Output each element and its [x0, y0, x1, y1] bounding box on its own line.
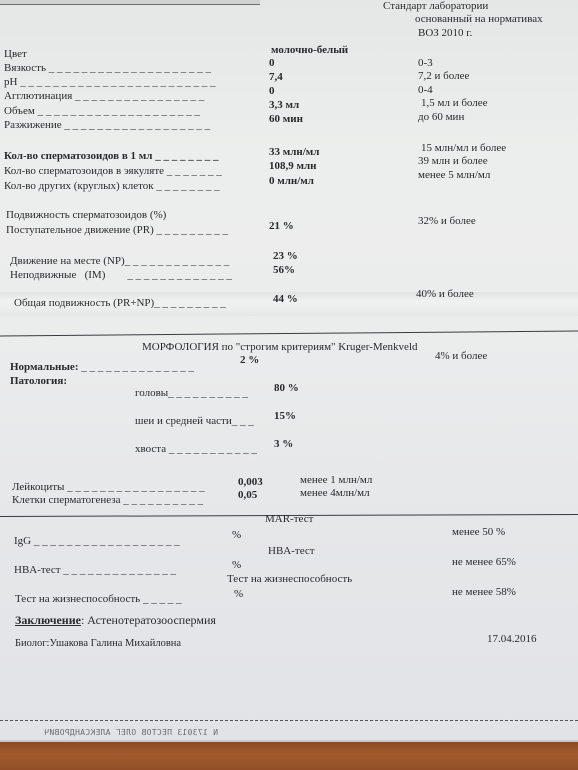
param-label: Разжижение _ _ _ _ _ _ _ _ _ _ _ _ _ _ _…	[4, 119, 210, 132]
param-norm: 1,5 мл и более	[421, 97, 488, 110]
test-label: HBA-тест _ _ _ _ _ _ _ _ _ _ _ _ _ _	[14, 564, 176, 577]
motility-label: Поступательное движение (PR) _ _ _ _ _ _…	[6, 224, 228, 237]
cells-label: Клетки сперматогенеза _ _ _ _ _ _ _ _ _ …	[12, 494, 203, 507]
conclusion-value: Астенотератозооспермия	[87, 613, 216, 627]
lab-report-sheet: Стандарт лаборатории основанный на норма…	[0, 0, 578, 740]
total-motility-value: 44 %	[273, 293, 298, 306]
wooden-table	[0, 740, 578, 770]
normal-forms-value: 2 %	[240, 354, 259, 367]
motility-label: Движение на месте (NP)_ _ _ _ _ _ _ _ _ …	[10, 255, 229, 268]
test-value: %	[232, 529, 241, 542]
count-norm: менее 5 млн/мл	[418, 169, 490, 182]
test-norm: не менее 65%	[452, 556, 516, 569]
param-norm: 0-3	[418, 57, 433, 70]
pathology-item-value: 80 %	[274, 382, 299, 395]
pathology-item-label: хвоста _ _ _ _ _ _ _ _ _ _ _	[135, 443, 257, 456]
standard-header-line2: основанный на нормативах	[415, 13, 543, 26]
test-norm: не менее 58%	[452, 586, 516, 599]
previous-sheet-edge	[0, 0, 260, 5]
conclusion-label: Заключение	[15, 613, 81, 627]
count-value: 0 млн/мл	[269, 175, 314, 188]
param-label: pH _ _ _ _ _ _ _ _ _ _ _ _ _ _ _ _ _ _ _…	[4, 76, 215, 89]
motility-label: Неподвижные (IM) _ _ _ _ _ _ _ _ _ _ _ _…	[10, 269, 232, 282]
motility-value: 23 %	[273, 250, 298, 263]
pathology-label: Патология:	[10, 375, 67, 388]
motility-value: 21 %	[269, 220, 294, 233]
normal-forms-norm: 4% и более	[435, 350, 487, 363]
biologist-name: Ушакова Галина Михайловна	[49, 638, 181, 649]
pathology-item-label: головы_ _ _ _ _ _ _ _ _ _	[135, 387, 248, 400]
param-norm: 0-4	[418, 84, 433, 97]
morphology-title: МОРФОЛОГИЯ по "строгим критериям" Kruger…	[142, 341, 418, 354]
param-label: Объем _ _ _ _ _ _ _ _ _ _ _ _ _ _ _ _ _ …	[4, 105, 200, 118]
cells-label: Лейкоциты _ _ _ _ _ _ _ _ _ _ _ _ _ _ _ …	[12, 481, 205, 494]
test-title: MAR-тест	[265, 513, 313, 526]
standard-header-line1: Стандарт лаборатории	[383, 0, 488, 13]
motility-heading: Подвижность сперматозоидов (%)	[6, 209, 166, 222]
count-norm: 39 млн и более	[418, 155, 488, 168]
test-label: Тест на жизнеспособность _ _ _ _ _	[15, 593, 181, 606]
biologist: Биолог:Ушакова Галина Михайловна	[15, 637, 181, 650]
param-value: 0	[269, 85, 275, 98]
param-value: 3,3 мл	[269, 99, 299, 112]
conclusion: Заключение: Астенотератозооспермия	[15, 614, 216, 627]
param-value: 60 мин	[269, 113, 303, 126]
cells-value: 0,05	[238, 489, 257, 502]
motility-value: 56%	[273, 264, 295, 277]
count-label: Кол-во сперматозоидов в 1 мл _ _ _ _ _ _…	[4, 150, 218, 163]
report-date: 17.04.2016	[487, 633, 537, 646]
count-label: Кол-во сперматозоидов в эякуляте _ _ _ _…	[4, 165, 222, 178]
pathology-item-value: 15%	[274, 410, 296, 423]
pathology-item-label: шеи и средней части_ _ _	[135, 415, 254, 428]
motility-norm: 32% и более	[418, 215, 476, 228]
test-value: %	[234, 588, 243, 601]
count-value: 33 млн/мл	[269, 146, 319, 159]
param-label: Цвет	[4, 48, 27, 61]
standard-header-line3: ВОЗ 2010 г.	[418, 27, 472, 40]
param-label: Вязкость _ _ _ _ _ _ _ _ _ _ _ _ _ _ _ _…	[4, 62, 211, 75]
test-label: IgG _ _ _ _ _ _ _ _ _ _ _ _ _ _ _ _ _ _	[14, 535, 180, 548]
param-value: 7,4	[269, 71, 283, 84]
cells-norm: менее 1 млн/мл	[300, 474, 372, 487]
cells-value: 0,003	[238, 476, 263, 489]
cells-norm: менее 4млн/мл	[300, 487, 370, 500]
count-label: Кол-во других (круглых) клеток _ _ _ _ _…	[4, 180, 220, 193]
test-title: Тест на жизнеспособность	[227, 573, 352, 586]
total-motility-norm: 40% и более	[416, 288, 474, 301]
param-norm: до 60 мин	[418, 111, 464, 124]
test-norm: менее 50 %	[452, 526, 505, 539]
total-motility-label: Общая подвижность (PR+NP)_ _ _ _ _ _ _ _…	[14, 297, 226, 310]
footer-dotted-line	[0, 720, 578, 721]
count-norm: 15 млн/мл и более	[421, 142, 506, 155]
section-divider	[0, 330, 578, 336]
pathology-item-value: 3 %	[274, 438, 293, 451]
param-norm: 7,2 и более	[418, 70, 469, 83]
test-value: %	[232, 559, 241, 572]
param-label: Агглютинация _ _ _ _ _ _ _ _ _ _ _ _ _ _…	[4, 90, 204, 103]
mirrored-footer-text: N 173013 ПЕСТОВ ОЛЕГ АЛЕКСАНДРОВИЧ	[44, 726, 218, 739]
param-value: молочно-белый	[271, 44, 348, 57]
param-value: 0	[269, 57, 275, 70]
normal-forms-label: Нормальные: _ _ _ _ _ _ _ _ _ _ _ _ _ _	[10, 361, 194, 374]
count-value: 108,9 млн	[269, 160, 317, 173]
test-title: HBA-тест	[268, 545, 315, 558]
